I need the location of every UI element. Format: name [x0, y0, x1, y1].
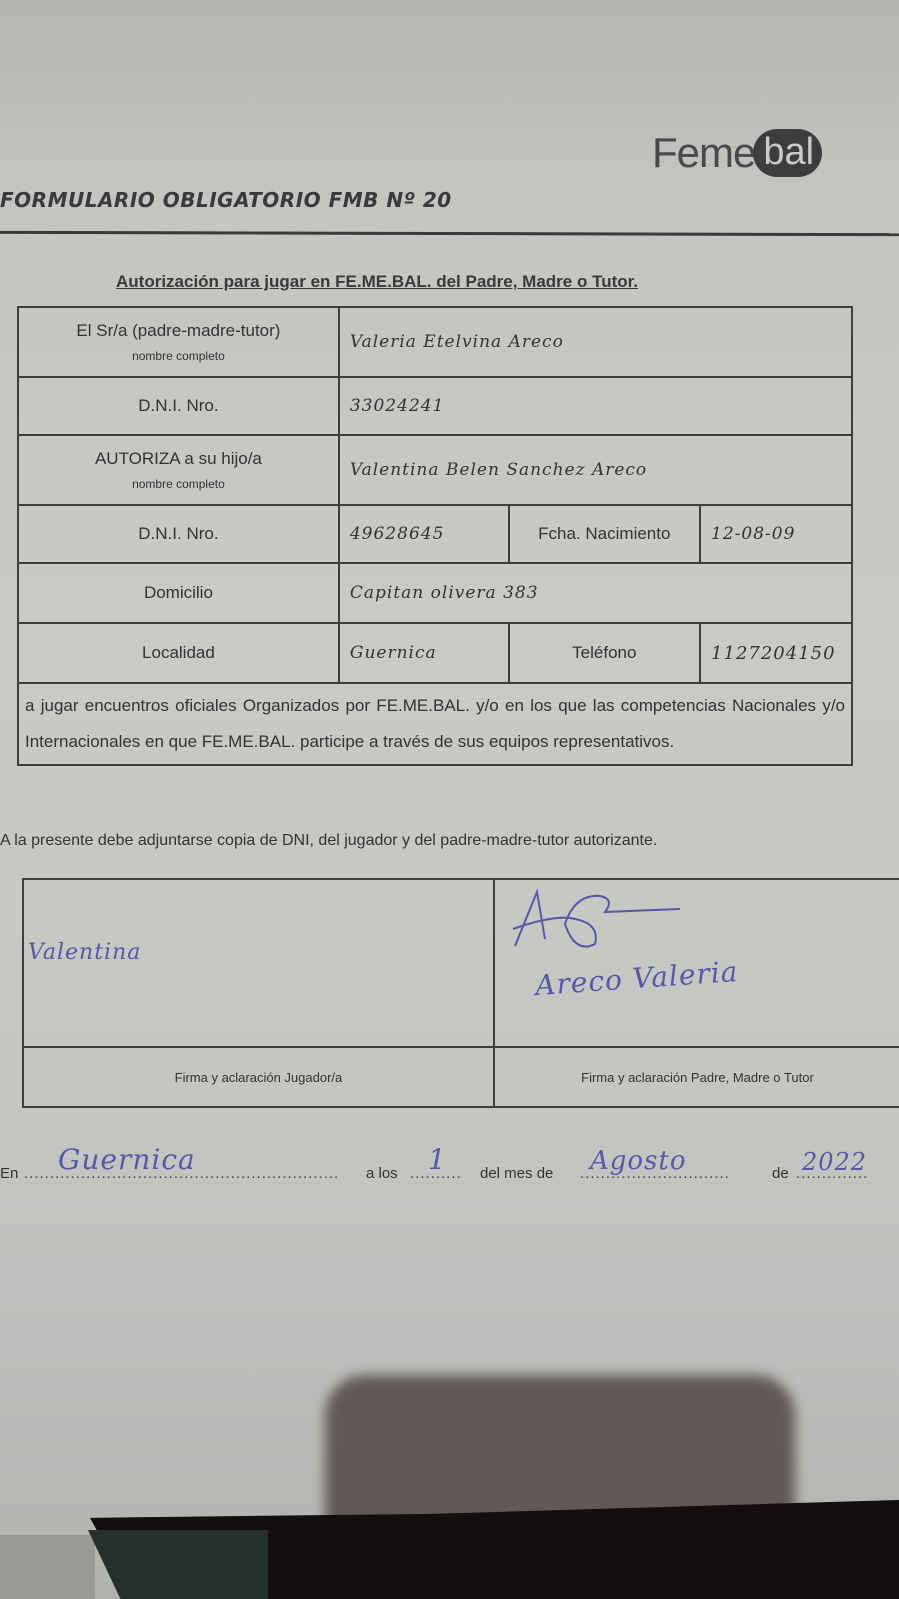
table-row: a jugar encuentros oficiales Organizados… [18, 683, 852, 765]
phone-label: Teléfono [509, 623, 701, 683]
child-name-label: AUTORIZA a su hijo/a nombre completo [18, 435, 339, 505]
parent-signature-name: Areco Valeria [534, 955, 739, 1002]
form-subtitle: Autorización para jugar en FE.ME.BAL. de… [116, 272, 638, 292]
parent-dni-field[interactable]: 33024241 [339, 377, 852, 435]
locality-field[interactable]: Guernica [339, 623, 509, 683]
year-field[interactable]: 2022 [802, 1148, 867, 1176]
authorization-table: El Sr/a (padre-madre-tutor) nombre compl… [17, 306, 853, 766]
attachment-note: A la presente debe adjuntarse copia de D… [0, 832, 657, 850]
child-name-field[interactable]: Valentina Belen Sanchez Areco [339, 435, 852, 505]
parent-signature-box[interactable]: Areco Valeria [494, 879, 899, 1047]
date-de: de [772, 1165, 789, 1182]
table-row: AUTORIZA a su hijo/a nombre completo Val… [18, 435, 852, 505]
dark-object-edge [88, 1530, 268, 1599]
table-row: Domicilio Capitan olivera 383 [18, 563, 852, 623]
table-row: Firma y aclaración Jugador/a Firma y acl… [23, 1047, 899, 1107]
authorization-text: a jugar encuentros oficiales Organizados… [18, 683, 852, 765]
address-label: Domicilio [18, 563, 339, 623]
parent-signature-caption: Firma y aclaración Padre, Madre o Tutor [494, 1047, 899, 1107]
date-line: En .....................................… [0, 1148, 899, 1188]
header-divider [0, 231, 899, 236]
table-row: Localidad Guernica Teléfono 1127204150 [18, 623, 852, 683]
parent-dni-label: D.N.I. Nro. [18, 377, 339, 435]
signature-scribble-icon [505, 884, 685, 954]
table-row: Valentina Areco Valeria [23, 879, 899, 1047]
address-field[interactable]: Capitan olivera 383 [339, 563, 852, 623]
table-row: El Sr/a (padre-madre-tutor) nombre compl… [18, 307, 852, 377]
phone-field[interactable]: 1127204150 [700, 623, 852, 683]
background-surface [0, 1535, 95, 1599]
signature-table: Valentina Areco Valeria Firma y aclaraci… [22, 878, 899, 1108]
table-row: D.N.I. Nro. 33024241 [18, 377, 852, 435]
player-signature-caption: Firma y aclaración Jugador/a [23, 1047, 494, 1107]
date-a-los: a los [366, 1165, 398, 1182]
date-del-mes-de: del mes de [480, 1165, 553, 1182]
player-signature-box[interactable]: Valentina [23, 879, 494, 1047]
femebal-logo: Feme bal [652, 128, 822, 178]
logo-text: Feme [652, 129, 755, 177]
month-field[interactable]: Agosto [590, 1146, 687, 1176]
child-dni-label: D.N.I. Nro. [18, 505, 339, 563]
parent-name-label: El Sr/a (padre-madre-tutor) nombre compl… [18, 307, 339, 377]
birth-date-label: Fcha. Nacimiento [509, 505, 701, 563]
birth-date-field[interactable]: 12-08-09 [700, 505, 852, 563]
logo-badge: bal [753, 129, 822, 177]
form-title: FORMULARIO OBLIGATORIO FMB Nº 20 [0, 188, 452, 212]
player-signature: Valentina [28, 940, 141, 965]
day-field[interactable]: 1 [428, 1143, 447, 1176]
table-row: D.N.I. Nro. 49628645 Fcha. Nacimiento 12… [18, 505, 852, 563]
child-dni-field[interactable]: 49628645 [339, 505, 509, 563]
parent-name-field[interactable]: Valeria Etelvina Areco [339, 307, 852, 377]
date-prefix: En [0, 1165, 18, 1182]
place-field[interactable]: Guernica [58, 1143, 196, 1176]
locality-label: Localidad [18, 623, 339, 683]
